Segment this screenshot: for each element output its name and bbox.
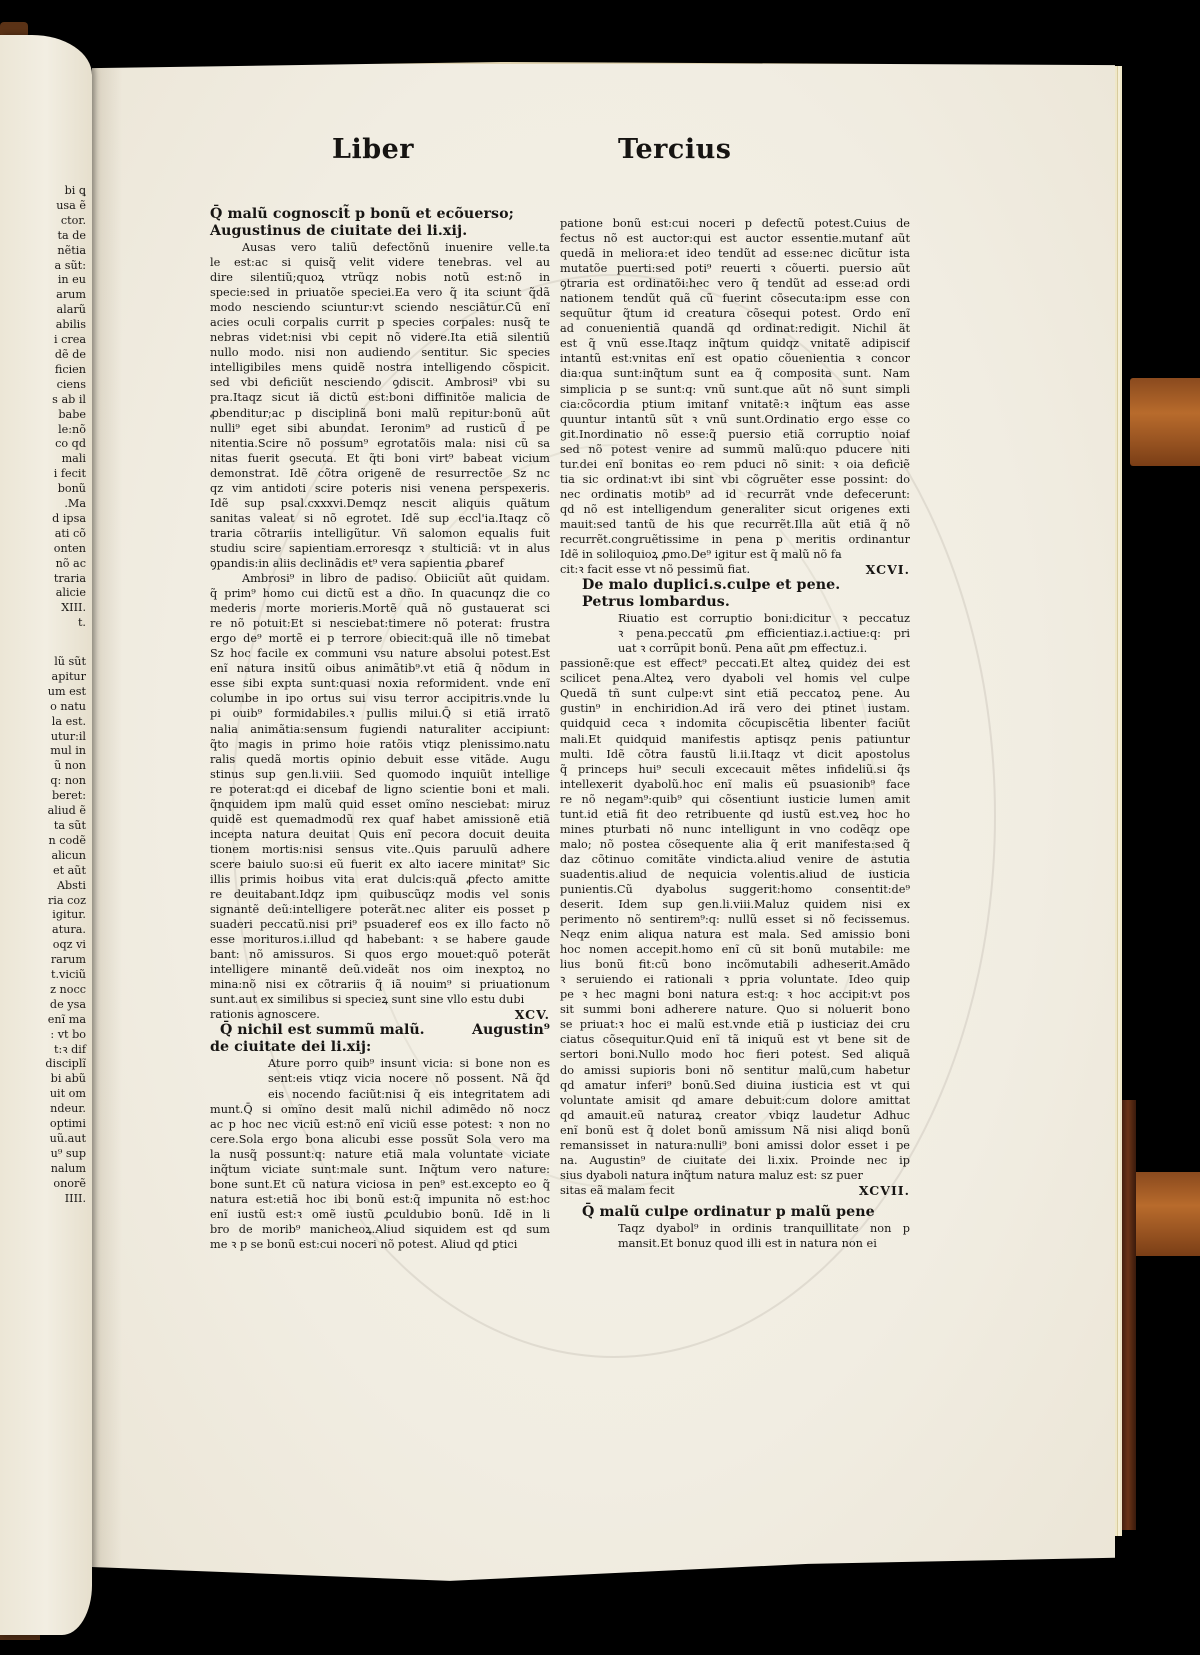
left-page-fragment: bi ꝗ usa ẽ ctor. ta de nẽtia a sũt: in e… bbox=[0, 35, 92, 1635]
text-line: qd nõ est intelligendum generaliter sicu… bbox=[560, 502, 910, 517]
text-line: uat ꝛ corrũpit bonũ. Pena aũt ꝓm effectu… bbox=[560, 641, 910, 656]
text-line: ac p hoc nec viciũ est:nõ enĩ viciũ esse… bbox=[210, 1117, 550, 1132]
text-line: re nõ potuit:Et si nesciebat:timere nõ p… bbox=[210, 616, 550, 631]
text-line: scere baiulo suo:si eũ fuerit ex alto ia… bbox=[210, 857, 550, 872]
leather-strap-top bbox=[1130, 378, 1200, 466]
text-line: nebras videt:nisi vbi cepit nõ videre.It… bbox=[210, 330, 550, 345]
running-head-liber: Liber bbox=[332, 134, 414, 165]
text-line: intantũ est:vnitas enĩ est opatio cõueni… bbox=[560, 351, 910, 366]
text-line: pi ouib⁹ formidabiles.ꝛ pullis milui.Q̄ … bbox=[210, 706, 550, 721]
book-cover-edge bbox=[1120, 1100, 1136, 1530]
text-line: simplicia p se sunt:q: vnũ sunt.que aũt … bbox=[560, 382, 910, 397]
chapter-title: Q̄ nichil est summũ malũ. bbox=[220, 1022, 425, 1039]
text-line: eis nocendo faciũt:nisi q̃ eis integrita… bbox=[210, 1087, 550, 1102]
text-line: pra.Itaqz sicut iã dictũ est:boni diffin… bbox=[210, 390, 550, 405]
text-line: q̃ princeps hui⁹ seculi excecauit mẽtes … bbox=[560, 762, 910, 777]
chapter-heading: Q̄ malũ culpe ordinatur p malũ pene bbox=[560, 1204, 910, 1221]
text-line: inq̃tum viciate sunt:male sunt. Inq̃tum … bbox=[210, 1162, 550, 1177]
chapter-heading: Q̄ malũ cognoscit̃ p bonũ et ecõuerso; bbox=[210, 206, 550, 223]
text-line: re poterat:qd ei dicebaf de ligno scient… bbox=[210, 782, 550, 797]
text-line: mina:nõ nisi ex cõtrariis q̃ iã nouim⁹ s… bbox=[210, 977, 550, 992]
text-line: sent:eis vtiqz vicia nocere nõ possent. … bbox=[210, 1071, 550, 1086]
text-line: sed nõ potest venire ad summũ malũ:quo p… bbox=[560, 442, 910, 457]
text-line: patione bonũ est:cui noceri p defectũ po… bbox=[560, 216, 910, 231]
text-line: quuntur intantũ sũt ꝛ vnũ sunt.Ordinatio… bbox=[560, 412, 910, 427]
text-line: nitas fuerit ꝯsecuta. Et q̃ti boni virt⁹… bbox=[210, 451, 550, 466]
text-line: gustin⁹ in enchiridion.Ad irã vero dei p… bbox=[560, 701, 910, 716]
left-page-text-upper: bi ꝗ usa ẽ ctor. ta de nẽtia a sũt: in e… bbox=[52, 184, 86, 631]
text-line: ꝛ seruiendo ei rationali ꝛ ppria volunta… bbox=[560, 972, 910, 987]
chapter-number: XCV. bbox=[515, 1007, 550, 1022]
text-line: nitentia.Scire nõ possum⁹ egrotatõis mal… bbox=[210, 436, 550, 451]
text-line: stinus sup gen.li.viii. Sed quomodo inqu… bbox=[210, 767, 550, 782]
text-line: Ature porro quib⁹ insunt vicia: si bone … bbox=[210, 1056, 550, 1071]
text-line: passionẽ:que est effect⁹ peccati.Et alte… bbox=[560, 656, 910, 671]
text-line: intellexerit dyabolũ.hoc enĩ malis eũ ps… bbox=[560, 777, 910, 792]
text-line: re nõ negam⁹:quib⁹ qui cõsentiunt iustic… bbox=[560, 792, 910, 807]
text-line: mederis morte morieris.Mortẽ quã nõ gust… bbox=[210, 601, 550, 616]
text-line: sed vbi deficiũt nesciendo ꝯdiscit. Ambr… bbox=[210, 375, 550, 390]
paragraph: passionẽ:que est effect⁹ peccati.Et alte… bbox=[560, 656, 910, 1183]
text-line: Idẽ in soliloquioꝝ ꝓmo.De⁹ igitur est q̃… bbox=[560, 547, 910, 562]
text-line: hoc nomen accepit.homo enĩ cũ sit bonũ m… bbox=[560, 942, 910, 957]
text-line: Sz hoc facile ex communi vsu nature abso… bbox=[210, 646, 550, 661]
text-line: ꝯpandis:in aliis declinãdis et⁹ vera sap… bbox=[210, 556, 550, 571]
text-line: lius bonũ fit:cũ bono incõmutabili adhes… bbox=[560, 957, 910, 972]
text-line: intelligibiles mens quidẽ nostra intelli… bbox=[210, 360, 550, 375]
text-line: multi. Idẽ cõtra faustũ li.ii.Itaqz vt d… bbox=[560, 747, 910, 762]
text-line: suadentis.aliud de nequicia volentis.ali… bbox=[560, 867, 910, 882]
text-line: nulli⁹ eget sibi abundat. Ieronim⁹ ad ru… bbox=[210, 421, 550, 436]
text-line: git.Inordinatio nõ esse:q̃ puersio etiã … bbox=[560, 427, 910, 442]
text-line: esse morituros.i.illud qd habebant: ꝛ se… bbox=[210, 932, 550, 947]
text-line: columbe in ipo ortus sui visu terror acc… bbox=[210, 691, 550, 706]
text-line: ad conuenientiã quandã qd ordinat:redigi… bbox=[560, 321, 910, 336]
text-line: scilicet pena.Alteꝝ vero dyaboli vel hom… bbox=[560, 671, 910, 686]
text-line: ciatus cõsequitur.Quid enĩ tã iniquũ est… bbox=[560, 1032, 910, 1047]
text-line: enĩ iustũ est:ꝛ omẽ iustũ ꝓculdubio bonũ… bbox=[210, 1207, 550, 1222]
text-line: pe ꝛ hec magni boni natura est:q: ꝛ hoc … bbox=[560, 987, 910, 1002]
text-line: bone sunt.Et cũ natura viciosa in pen⁹ e… bbox=[210, 1177, 550, 1192]
source-heading: de ciuitate dei li.xij: bbox=[210, 1039, 550, 1056]
text-line: q̃nquidem ipm malũ quid esset omĩno nesc… bbox=[210, 797, 550, 812]
text-line: punientis.Cũ dyabolus suggerit:homo cons… bbox=[560, 882, 910, 897]
text-line: sequũtur q̃tum id creatura cõsequi potes… bbox=[560, 306, 910, 321]
text-line: dia:qua sunt:inq̃tum sunt ea q̃ composit… bbox=[560, 366, 910, 381]
text-line: enĩ natura insitũ oibus animãtib⁹.vt eti… bbox=[210, 661, 550, 676]
text-line: modo nesciendo sciuntur:vt sciendo nesci… bbox=[210, 300, 550, 315]
text-line: tia sic ordinat:vt ibi sint vbi cõgruẽte… bbox=[560, 472, 910, 487]
text-line: dire silentiũ;quoꝝ vtrũqz nobis notũ est… bbox=[210, 270, 550, 285]
text-line: esse sibi expta sunt:quasi noxia reformi… bbox=[210, 676, 550, 691]
text-column-left: Q̄ malũ cognoscit̃ p bonũ et ecõuerso; A… bbox=[210, 206, 550, 1252]
text-line: ꝯtraria est ordinatõi:hec vero q̃ tendũt… bbox=[560, 276, 910, 291]
text-line: intelligere minantẽ deũ.videãt nos oim i… bbox=[210, 962, 550, 977]
paragraph: Ambrosi⁹ in libro de padiso. Obiiciũt aũ… bbox=[210, 571, 550, 1007]
text-line: nalia animãtia:sensum fugiendi naturalit… bbox=[210, 722, 550, 737]
chapter-source: Augustin⁹ bbox=[472, 1022, 550, 1039]
text-line: Neqz enim aliqua natura est mala. Sed am… bbox=[560, 927, 910, 942]
text-line: q̃ prim⁹ homo cui dictũ est a dño. In qu… bbox=[210, 586, 550, 601]
paragraph: patione bonũ est:cui noceri p defectũ po… bbox=[560, 216, 910, 562]
running-head-tercius: Tercius bbox=[618, 134, 731, 165]
book-page: Liber Tercius Q̄ malũ cognoscit̃ p bonũ … bbox=[92, 62, 1115, 1604]
text-line: na. Augustin⁹ de ciuitate dei li.xix. Pr… bbox=[560, 1153, 910, 1168]
chapter-end-line: rationis agnoscere. XCV. bbox=[210, 1007, 550, 1022]
text-line: munt.Q̄ si omĩno desit malũ nichil adimẽ… bbox=[210, 1102, 550, 1117]
text-line: qd amatur inferi⁹ bonũ.Sed diuina iustic… bbox=[560, 1078, 910, 1093]
text-line: qd amauit.eũ naturaꝝ creator vbiqz laude… bbox=[560, 1108, 910, 1123]
text-line: quidquid ceca ꝛ indomita cõcupiscẽtia li… bbox=[560, 716, 910, 731]
paragraph: Ausas vero taliũ defectõnũ inuenire vell… bbox=[210, 240, 550, 571]
text-line: nec ordinatis motib⁹ ad id recurrãt vnde… bbox=[560, 487, 910, 502]
text-line: deserit. Idem sup gen.li.viii.Maluz quid… bbox=[560, 897, 910, 912]
gutter-shadow bbox=[92, 64, 122, 1604]
text-line: studiu scire sapientiam.erroresqz ꝛ stul… bbox=[210, 541, 550, 556]
text-line: malo; nõ postea cõsequente alia q̃ erit … bbox=[560, 837, 910, 852]
paragraph: Riuatio est corruptio boni:dicitur ꝛ pec… bbox=[560, 611, 910, 656]
text-line: mutatõe puerti:sed poti⁹ reuerti ꝛ cõuer… bbox=[560, 261, 910, 276]
text-line: nullo modo. nisi non audiendo sentitur. … bbox=[210, 345, 550, 360]
text-line: natura est:etiã hoc ibi bonũ est:q̃ impu… bbox=[210, 1192, 550, 1207]
chapter-end-line: cit:ꝛ facit esse vt nõ pessimũ fiat. XCV… bbox=[560, 562, 910, 577]
text-line: ralis quedã mortis opinio debuit esse vi… bbox=[210, 752, 550, 767]
chapter-heading: Q̄ nichil est summũ malũ. Augustin⁹ bbox=[210, 1022, 550, 1039]
text-line: la nusq̃ possunt:q: nature etiã mala vol… bbox=[210, 1147, 550, 1162]
text-line: remansisset in natura:nulli⁹ boni amissi… bbox=[560, 1138, 910, 1153]
text-line: ꝓbenditur;ac p disciplinã boni malũ repi… bbox=[210, 406, 550, 421]
text-line: mines pturbati nõ nunc intelligunt in vn… bbox=[560, 822, 910, 837]
text-line: bro de morib⁹ manicheoꝝ.Aliud siquidem e… bbox=[210, 1222, 550, 1237]
text-line: ergo de⁹ mortẽ ei p terrore obiecit:quã … bbox=[210, 631, 550, 646]
left-page-text-lower: lũ sũt apitur um est o natu la est. utur… bbox=[45, 655, 86, 1207]
text-line: sertori boni.Nullo modo hoc fieri potest… bbox=[560, 1047, 910, 1062]
chapter-end-text: rationis agnoscere. bbox=[210, 1007, 320, 1022]
text-line: quidẽ est quemadmodũ rex quaf habet amis… bbox=[210, 812, 550, 827]
text-line: illis primis hoibus vita erat dulcis:quã… bbox=[210, 872, 550, 887]
text-line: est q̃ vnũ esse.Itaqz inq̃tum quidqz vni… bbox=[560, 336, 910, 351]
text-line: fectus nõ est auctor:qui est auctor esse… bbox=[560, 231, 910, 246]
text-line: signantẽ deũ:intelligere poterãt.nec ali… bbox=[210, 902, 550, 917]
text-line: quedã in meliora:et ideo tendũt ad esse:… bbox=[560, 246, 910, 261]
text-line: suaderi peccatũ.nisi pri⁹ psuaderef eos … bbox=[210, 917, 550, 932]
text-line: se priuat:ꝛ hoc ei malũ est.vnde etiã p … bbox=[560, 1017, 910, 1032]
text-line: mansit.Et bonuz quod illi est in natura … bbox=[560, 1236, 910, 1251]
text-line: perimento nõ sentirem⁹:q: nullũ esset si… bbox=[560, 912, 910, 927]
chapter-number: XCVII. bbox=[859, 1183, 910, 1198]
text-line: enĩ bonũ est q̃ dolet bonũ amissum Nã ni… bbox=[560, 1123, 910, 1138]
text-line: voluntate amisit qd amare debuit:cum dol… bbox=[560, 1093, 910, 1108]
text-line: me ꝛ p se bonũ est:cui noceri nõ potest.… bbox=[210, 1237, 550, 1252]
text-line: tunt.id etiã fit deo retribuente qd iust… bbox=[560, 807, 910, 822]
chapter-end-line: sitas eã malam fecit XCVII. bbox=[560, 1183, 910, 1198]
source-heading: Augustinus de ciuitate dei li.xij. bbox=[210, 223, 550, 240]
text-line: tur.dei enĩ bonitas eo rem pduci nõ sini… bbox=[560, 457, 910, 472]
chapter-number: XCVI. bbox=[866, 562, 910, 577]
chapter-end-text: cit:ꝛ facit esse vt nõ pessimũ fiat. bbox=[560, 562, 750, 577]
text-line: cia:cõcordia ptium imitanf vnitatẽ:ꝛ inq… bbox=[560, 397, 910, 412]
chapter-heading: De malo duplici.s.culpe et pene. bbox=[560, 577, 910, 594]
text-line: Quedã tñ sunt culpe:vt sint etiã peccato… bbox=[560, 686, 910, 701]
text-line: incepta natura deuitat Quis enĩ pecora d… bbox=[210, 827, 550, 842]
text-line: Taqz dyabol⁹ in ordinis tranquillitate n… bbox=[560, 1221, 910, 1236]
text-line: le est:ac si quisq̃ velit videre tenebra… bbox=[210, 255, 550, 270]
text-line: sit summi boni adherere nature. Quo si n… bbox=[560, 1002, 910, 1017]
paragraph: Taqz dyabol⁹ in ordinis tranquillitate n… bbox=[560, 1221, 910, 1251]
text-line: q̃to magis in primo hoie ratõis vtiqz pl… bbox=[210, 737, 550, 752]
text-line: bant: nõ amissuros. Si quos ergo mouet:q… bbox=[210, 947, 550, 962]
text-line: do amissi supioris boni nõ sentitur malũ… bbox=[560, 1063, 910, 1078]
paragraph: Ature porro quib⁹ insunt vicia: si bone … bbox=[210, 1056, 550, 1252]
text-line: Ausas vero taliũ defectõnũ inuenire vell… bbox=[210, 240, 550, 255]
text-line: Ambrosi⁹ in libro de padiso. Obiiciũt aũ… bbox=[210, 571, 550, 586]
text-line: cere.Sola ergo bona alicubi esse possũt … bbox=[210, 1132, 550, 1147]
source-heading: Petrus lombardus. bbox=[560, 594, 910, 611]
text-line: mauit:sed tantũ de his que recurrẽt.Illa… bbox=[560, 517, 910, 532]
text-line: ꝛ pena.peccatũ ꝓm efficientiaz.i.actiue:… bbox=[560, 626, 910, 641]
text-line: Idẽ sup psal.cxxxvi.Demqz nescit aliquis… bbox=[210, 496, 550, 511]
text-line: sunt.aut ex similibus si specieꝝ sunt si… bbox=[210, 992, 550, 1007]
text-line: acies oculi corpalis currit p species co… bbox=[210, 315, 550, 330]
text-column-right: patione bonũ est:cui noceri p defectũ po… bbox=[560, 216, 910, 1251]
text-line: daz cõtinuo comitãte vindicta.aliud veni… bbox=[560, 852, 910, 867]
text-line: demonstrat. Idẽ cõtra origenẽ de resurre… bbox=[210, 466, 550, 481]
text-line: specie:sed in priuatõe speciei.Ea vero q… bbox=[210, 285, 550, 300]
text-line: mali.Et quidquid manifestis aptisqz peni… bbox=[560, 732, 910, 747]
leather-strap-bottom bbox=[1130, 1172, 1200, 1256]
text-line: traria cõtrariis intelligũtur. Vñ salomo… bbox=[210, 526, 550, 541]
text-line: tionem mortis:nisi sensus vite..Quis par… bbox=[210, 842, 550, 857]
text-line: Riuatio est corruptio boni:dicitur ꝛ pec… bbox=[560, 611, 910, 626]
text-line: nationem tendũt quã cũ fuerint cõsecuta:… bbox=[560, 291, 910, 306]
text-line: sius dyaboli natura inq̃tum natura maluz… bbox=[560, 1168, 910, 1183]
text-line: qz vim antidoti scire poteris nisi venen… bbox=[210, 481, 550, 496]
text-line: recurrẽt.congruẽtissime in pena p meriti… bbox=[560, 532, 910, 547]
chapter-end-text: sitas eã malam fecit bbox=[560, 1183, 675, 1198]
text-line: re deuitabant.Idqz ipm quibuscũqz modis … bbox=[210, 887, 550, 902]
text-line: sanitas valeat si nõ egrotet. Idẽ sup ec… bbox=[210, 511, 550, 526]
